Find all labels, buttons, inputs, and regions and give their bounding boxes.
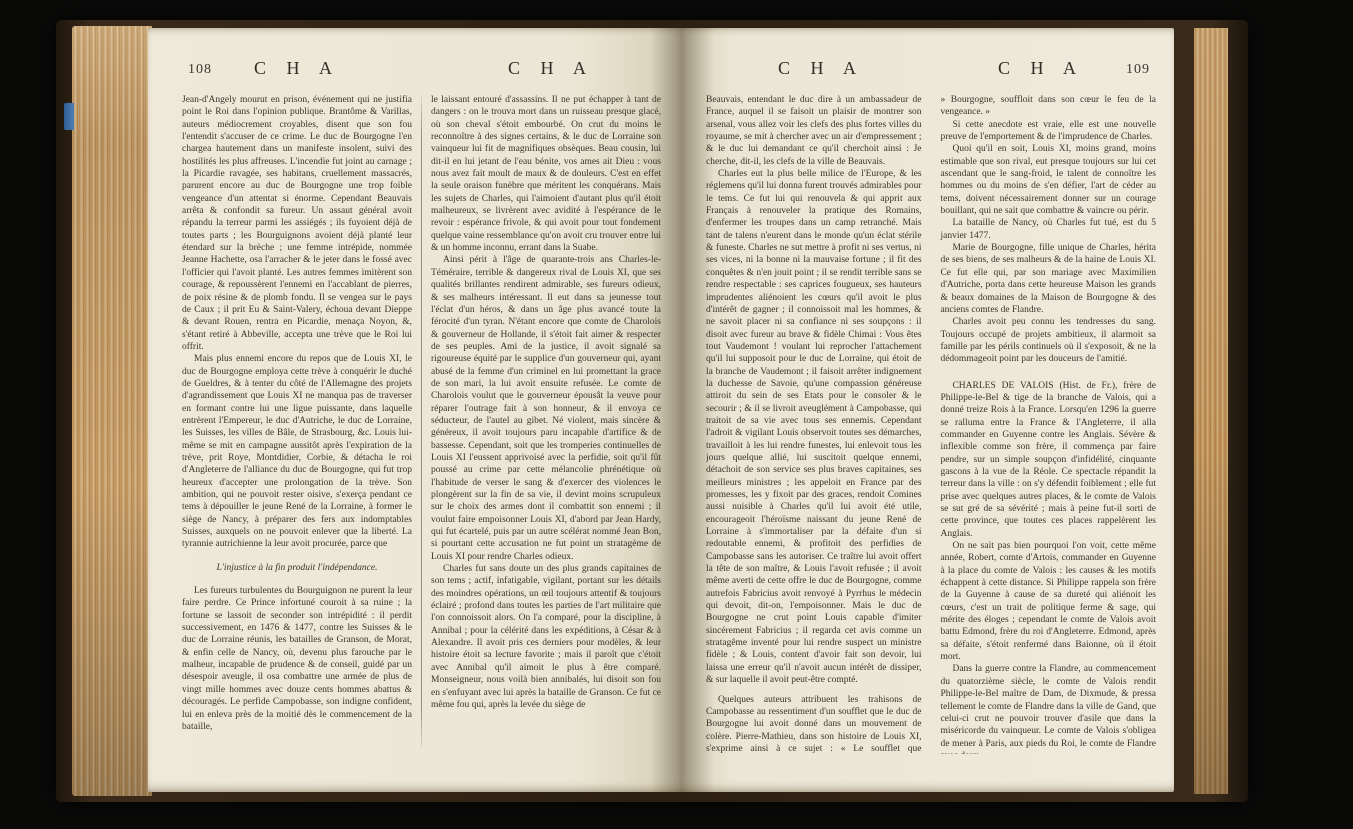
page-edges-left: [72, 26, 152, 796]
paragraph: On ne sait pas bien pourquoi l'on voit, …: [940, 540, 1156, 663]
right-page-columns: Beauvais, entendant le duc dire à un amb…: [706, 94, 1156, 754]
running-header: C H A: [436, 58, 666, 79]
column-divider: [421, 96, 422, 748]
text-column: Beauvais, entendant le duc dire à un amb…: [706, 94, 922, 754]
paragraph: Quoi qu'il en soit, Louis XI, moins gran…: [940, 143, 1156, 217]
right-page: C H A C H A 109 Beauvais, entendant le d…: [682, 28, 1174, 792]
running-header: C H A: [926, 58, 1156, 79]
paragraph: Si cette anecdote est vraie, elle est un…: [940, 119, 1156, 144]
paragraph: Ainsi périt à l'âge de quarante-trois an…: [431, 254, 661, 563]
paragraph: Charles avoit peu connu les tendresses d…: [940, 316, 1156, 365]
paragraph: Charles fut sans doute un des plus grand…: [431, 563, 661, 711]
paragraph: » Bourgogne, souffloit dans son cœur le …: [940, 94, 1156, 119]
running-header: C H A: [182, 58, 412, 79]
left-page-columns: Jean-d'Angely mourut en prison, événemen…: [182, 94, 666, 754]
paragraph: Quelques auteurs attribuent les trahison…: [706, 694, 922, 755]
paragraph: Charles eut la plus belle milice de l'Eu…: [706, 168, 922, 686]
bookmark-tab: [64, 103, 74, 130]
paragraph: Les fureurs turbulentes du Bourguignon n…: [182, 585, 412, 733]
text-column: Jean-d'Angely mourut en prison, événemen…: [182, 94, 412, 754]
right-page-content: C H A C H A 109 Beauvais, entendant le d…: [706, 58, 1156, 778]
running-header: C H A: [706, 58, 936, 79]
paragraph: La bataille de Nancy, où Charles fut tué…: [940, 217, 1156, 242]
paragraph: Jean-d'Angely mourut en prison, événemen…: [182, 94, 412, 353]
paragraph: CHARLES DE VALOIS (Hist. de Fr.), frère …: [940, 380, 1156, 540]
left-page-content: 108 C H A C H A Jean-d'Angely mourut en …: [182, 58, 666, 778]
paragraph: le laissant entouré d'assassins. Il ne p…: [431, 94, 661, 254]
left-page: 108 C H A C H A Jean-d'Angely mourut en …: [148, 28, 682, 792]
right-page-header: C H A C H A 109: [706, 58, 1156, 88]
book: 108 C H A C H A Jean-d'Angely mourut en …: [56, 20, 1248, 802]
verse-epigraph: L'injustice à la fin produit l'indépenda…: [182, 562, 412, 574]
paragraph: Beauvais, entendant le duc dire à un amb…: [706, 94, 922, 168]
text-column: » Bourgogne, souffloit dans son cœur le …: [940, 94, 1156, 754]
paragraph: Marie de Bourgogne, fille unique de Char…: [940, 242, 1156, 316]
paragraph: Mais plus ennemi encore du repos que de …: [182, 353, 412, 551]
column-divider: [931, 96, 932, 748]
left-page-header: 108 C H A C H A: [182, 58, 666, 88]
page-number: 109: [1126, 62, 1150, 78]
page-edges-right: [1194, 28, 1228, 794]
paragraph: Dans la guerre contre la Flandre, au com…: [940, 663, 1156, 754]
text-column: le laissant entouré d'assassins. Il ne p…: [431, 94, 661, 754]
